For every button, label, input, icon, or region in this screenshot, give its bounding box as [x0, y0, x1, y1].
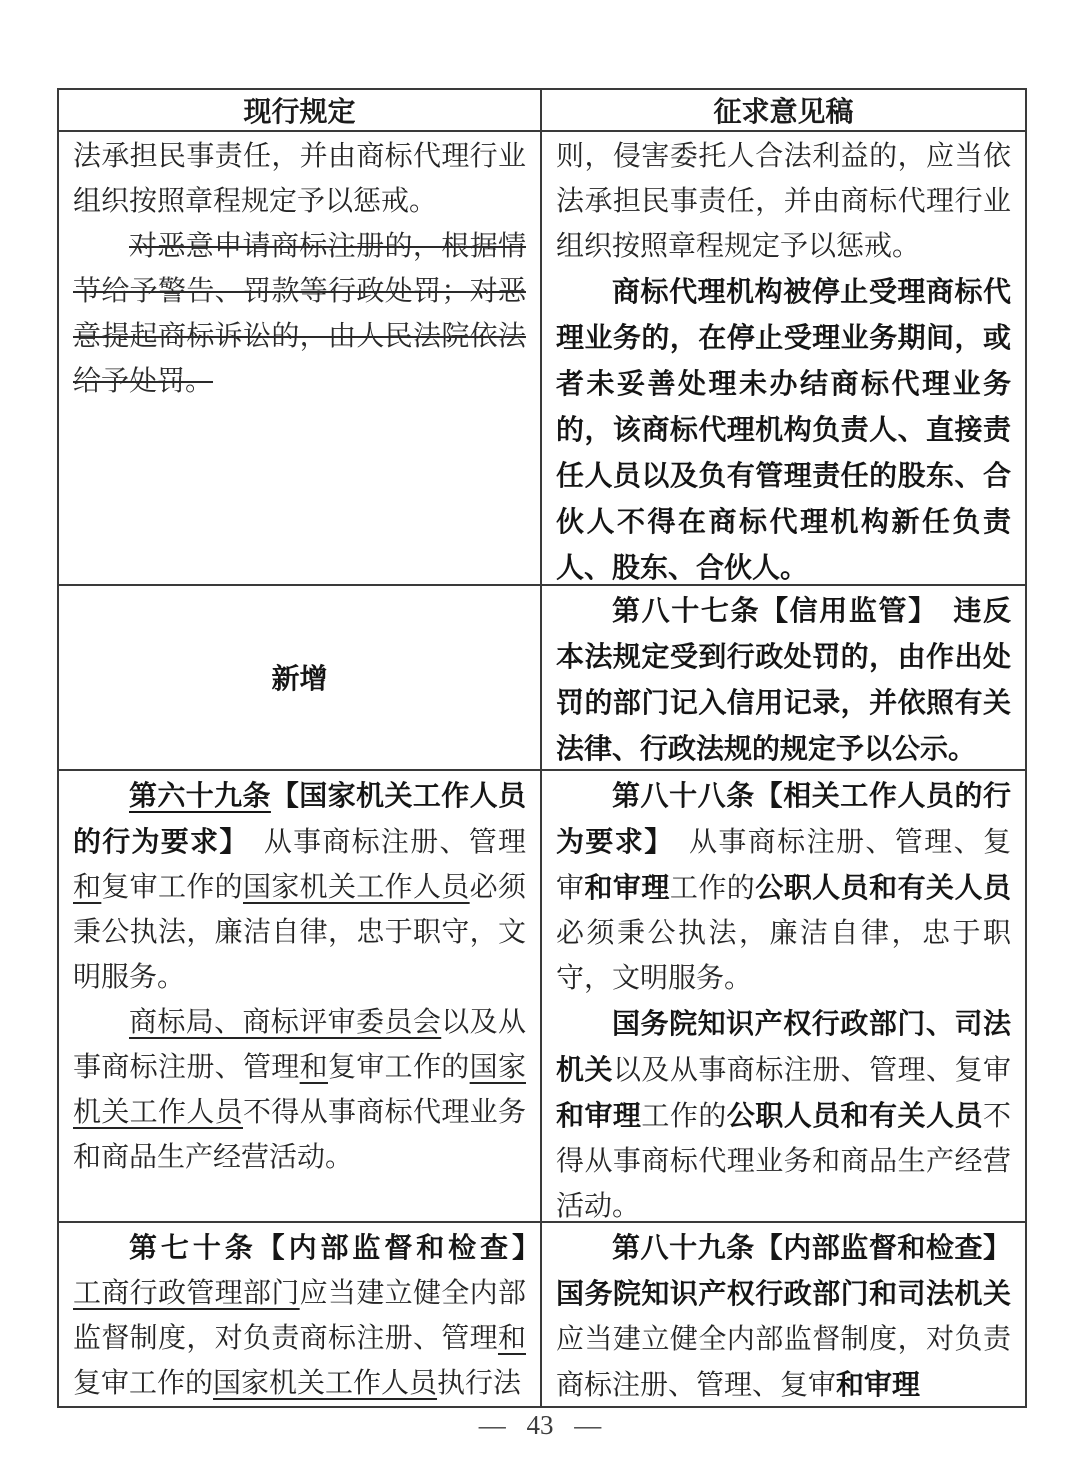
cell-content: 第八十九条【内部监督和检查】国务院知识产权行政部门和司法机关应当建立健全内部监督… — [556, 1225, 1011, 1405]
text-segment-b: 第八十九条【内部监督和检查】 — [612, 1232, 1011, 1263]
text-segment-b: 和审理 — [584, 872, 669, 903]
paragraph: 第八十九条【内部监督和检查】国务院知识产权行政部门和司法机关应当建立健全内部监督… — [556, 1225, 1011, 1405]
text-segment-b: 公职人员和有关人员 — [755, 872, 1011, 903]
text-segment-n: 复审工作的 — [328, 1052, 470, 1083]
text-segment-u: 国家机关工作人员 — [243, 872, 470, 903]
text-segment-b: 商标代理机构被停止受理商标代理业务的，在停止受理业务期间，或者未妥善处理未办结商… — [556, 276, 1011, 583]
paragraph: 法承担民事责任，并由商标代理行业组织按照章程规定予以惩戒。 — [73, 134, 526, 224]
table-row: 新增 第八十七条【信用监管】 违反本法规定受到行政处罚的，由作出处罚的部门记入信… — [58, 585, 1026, 770]
paragraph: 商标代理机构被停止受理商标代理业务的，在停止受理业务期间，或者未妥善处理未办结商… — [556, 269, 1011, 584]
cell-content: 第八十八条【相关工作人员的行为要求】 从事商标注册、管理、复审和审理工作的公职人… — [556, 773, 1011, 1221]
paragraph: 国务院知识产权行政部门、司法机关以及从事商标注册、管理、复审和审理工作的公职人员… — [556, 1001, 1011, 1221]
text-segment-u: 工商行政管理部门 — [73, 1278, 300, 1309]
paragraph: 第八十七条【信用监管】 违反本法规定受到行政处罚的，由作出处罚的部门记入信用记录… — [556, 588, 1011, 769]
paragraph: 对恶意申请商标注册的，根据情节给予警告、罚款等行政处罚；对恶意提起商标诉讼的，由… — [73, 224, 526, 404]
page-number: — 43 — — [479, 1410, 602, 1440]
text-segment-bu: 第六十九条 — [129, 780, 271, 811]
text-segment-n: 法承担民事责任，并由商标代理行业组织按照章程规定予以惩戒。 — [73, 141, 526, 217]
cell-row3-draft: 第八十八条【相关工作人员的行为要求】 从事商标注册、管理、复审和审理工作的公职人… — [541, 770, 1026, 1222]
text-segment-u: 商标局、商标评审委员会 — [129, 1007, 441, 1038]
header-current-regulation: 现行规定 — [58, 89, 541, 131]
text-segment-n: 必须秉公执法，廉洁自律，忠于职守，文明服务。 — [556, 918, 1011, 994]
table-row: 第七十条【内部监督和检查】 工商行政管理部门应当建立健全内部监督制度，对负责商标… — [58, 1222, 1026, 1407]
page-footer: — 43 — — [0, 1410, 1080, 1441]
cell-content: 第八十七条【信用监管】 违反本法规定受到行政处罚的，由作出处罚的部门记入信用记录… — [556, 588, 1011, 769]
paragraph: 新增 — [271, 656, 327, 702]
text-segment-n: 复审工作的 — [101, 872, 243, 903]
paragraph: 第六十九条【国家机关工作人员的行为要求】 从事商标注册、管理和复审工作的国家机关… — [73, 773, 526, 1000]
text-segment-n: 从事商标注册、管理 — [235, 827, 526, 858]
text-segment-b: 和审理 — [836, 1369, 920, 1400]
cell-row3-current: 第六十九条【国家机关工作人员的行为要求】 从事商标注册、管理和复审工作的国家机关… — [58, 770, 541, 1222]
text-segment-n: 以及从事商标注册、管理、复审 — [613, 1055, 1011, 1086]
text-segment-b: 新增 — [271, 663, 327, 694]
header-draft-for-comments: 征求意见稿 — [541, 89, 1026, 131]
cell-content: 新增 — [73, 588, 526, 769]
table-header-row: 现行规定 征求意见稿 — [58, 89, 1026, 131]
document-page: 现行规定 征求意见稿 法承担民事责任，并由商标代理行业组织按照章程规定予以惩戒。… — [0, 0, 1080, 1462]
text-segment-n: 复审工作的 — [73, 1368, 213, 1399]
table-row: 第六十九条【国家机关工作人员的行为要求】 从事商标注册、管理和复审工作的国家机关… — [58, 770, 1026, 1222]
cell-row2-current-new-addition: 新增 — [58, 585, 541, 770]
cell-content: 第七十条【内部监督和检查】 工商行政管理部门应当建立健全内部监督制度，对负责商标… — [73, 1225, 526, 1405]
cell-content: 法承担民事责任，并由商标代理行业组织按照章程规定予以惩戒。对恶意申请商标注册的，… — [73, 134, 526, 584]
paragraph: 商标局、商标评审委员会以及从事商标注册、管理和复审工作的国家机关工作人员不得从事… — [73, 1000, 526, 1180]
cell-row4-current: 第七十条【内部监督和检查】 工商行政管理部门应当建立健全内部监督制度，对负责商标… — [58, 1222, 541, 1407]
text-segment-u: 和 — [498, 1323, 526, 1354]
paragraph: 第八十八条【相关工作人员的行为要求】 从事商标注册、管理、复审和审理工作的公职人… — [556, 773, 1011, 1001]
cell-row4-draft: 第八十九条【内部监督和检查】国务院知识产权行政部门和司法机关应当建立健全内部监督… — [541, 1222, 1026, 1407]
text-segment-n: 应当建立健全内部监督制度，对负责商标注册、管理、复审 — [556, 1324, 1011, 1401]
text-segment-u: 和 — [73, 872, 101, 903]
paragraph: 第七十条【内部监督和检查】 工商行政管理部门应当建立健全内部监督制度，对负责商标… — [73, 1225, 526, 1405]
text-segment-b: 公职人员和有关人员 — [727, 1100, 983, 1131]
cell-row1-current: 法承担民事责任，并由商标代理行业组织按照章程规定予以惩戒。对恶意申请商标注册的，… — [58, 131, 541, 585]
text-segment-n: 工作的 — [641, 1101, 726, 1132]
text-segment-n: 工作的 — [670, 873, 755, 904]
text-segment-b: 和审理 — [556, 1100, 641, 1131]
text-segment-b: 第七十条【内部监督和检查】 — [129, 1232, 526, 1263]
text-segment-u: 和 — [300, 1052, 328, 1083]
cell-content: 则，侵害委托人合法利益的，应当依法承担民事责任，并由商标代理行业组织按照章程规定… — [556, 134, 1011, 584]
text-segment-n: 则，侵害委托人合法利益的，应当依法承担民事责任，并由商标代理行业组织按照章程规定… — [556, 141, 1011, 262]
cell-row2-draft: 第八十七条【信用监管】 违反本法规定受到行政处罚的，由作出处罚的部门记入信用记录… — [541, 585, 1026, 770]
paragraph: 则，侵害委托人合法利益的，应当依法承担民事责任，并由商标代理行业组织按照章程规定… — [556, 134, 1011, 269]
text-segment-n: 执行法 — [437, 1368, 521, 1399]
text-segment-st: 对恶意申请商标注册的，根据情节给予警告、罚款等行政处罚；对恶意提起商标诉讼的，由… — [73, 231, 526, 397]
text-segment-u: 国家机关工作人员 — [213, 1368, 437, 1399]
cell-row1-draft: 则，侵害委托人合法利益的，应当依法承担民事责任，并由商标代理行业组织按照章程规定… — [541, 131, 1026, 585]
cell-content: 第六十九条【国家机关工作人员的行为要求】 从事商标注册、管理和复审工作的国家机关… — [73, 773, 526, 1221]
text-segment-b: 国务院知识产权行政部门和司法机关 — [556, 1278, 1011, 1309]
table-row: 法承担民事责任，并由商标代理行业组织按照章程规定予以惩戒。对恶意申请商标注册的，… — [58, 131, 1026, 585]
text-segment-b: 第八十七条【信用监管】 — [612, 595, 924, 626]
comparison-table: 现行规定 征求意见稿 法承担民事责任，并由商标代理行业组织按照章程规定予以惩戒。… — [57, 88, 1027, 1408]
